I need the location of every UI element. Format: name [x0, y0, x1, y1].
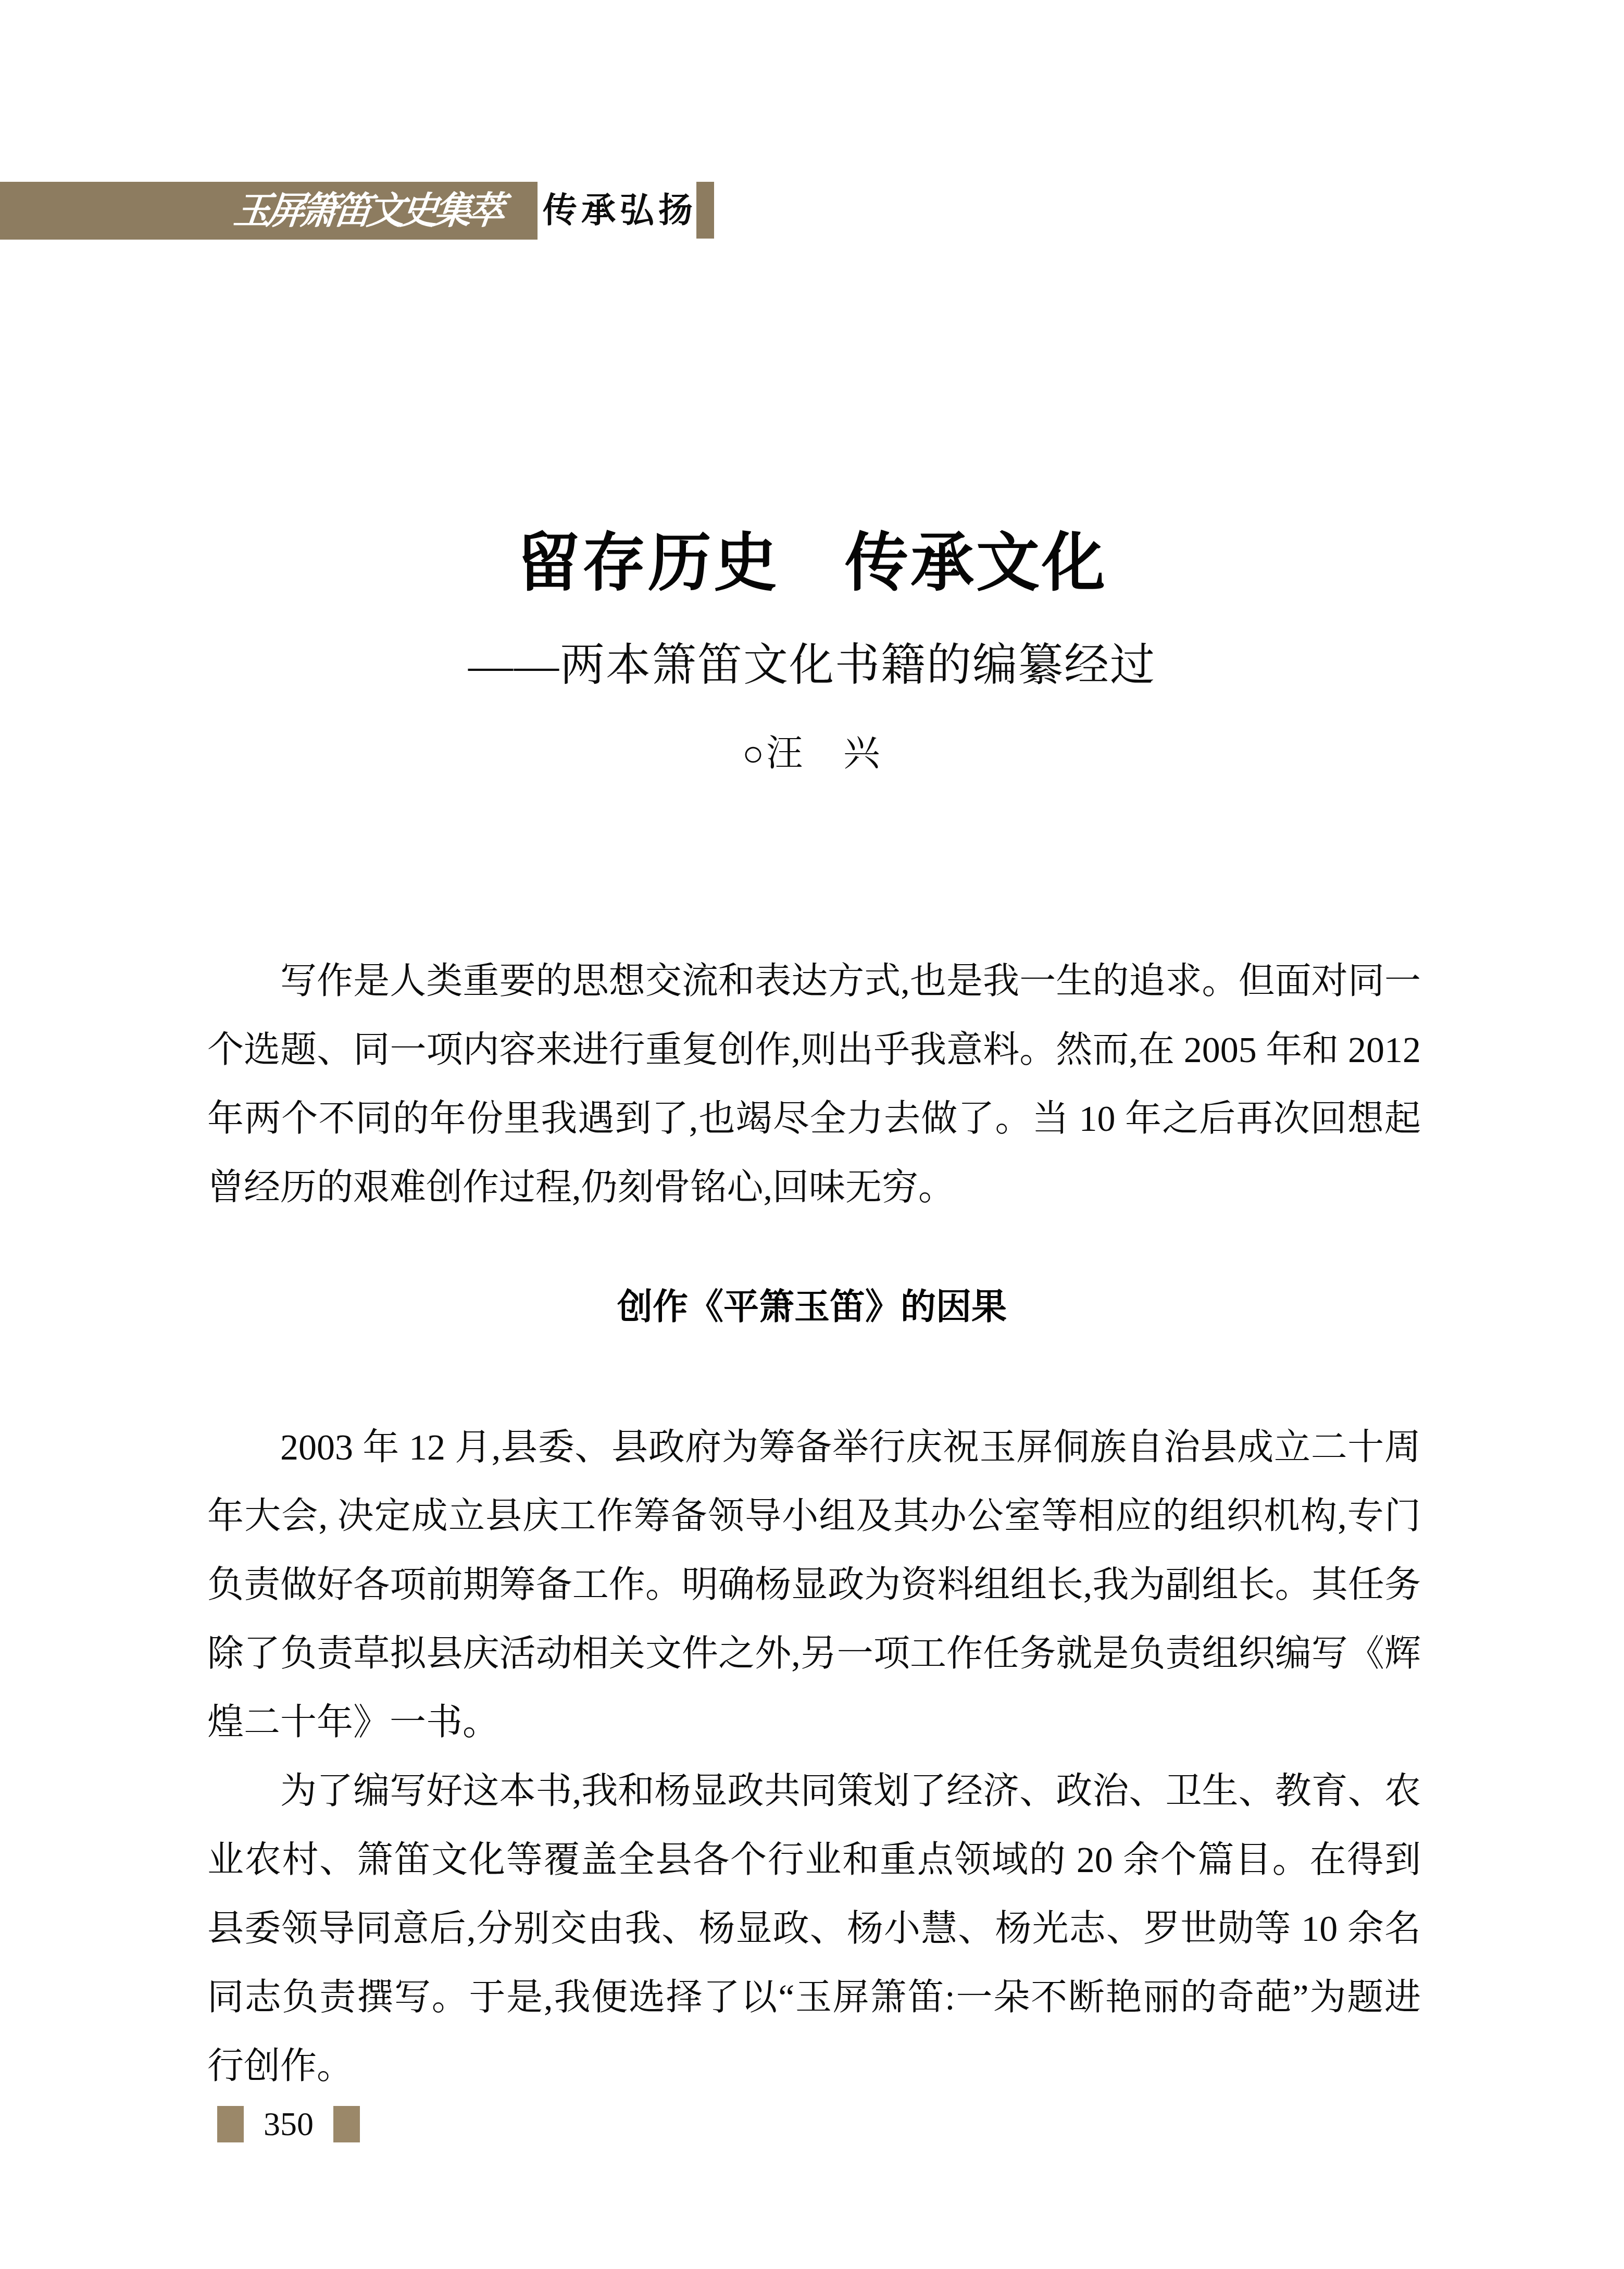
paragraph-intro: 写作是人类重要的思想交流和表达方式,也是我一生的追求。但面对同一个选题、同一项内…: [207, 948, 1421, 1223]
paragraph-background: 2003 年 12 月,县委、县政府为筹备举行庆祝玉屏侗族自治县成立二十周年大会…: [207, 1414, 1421, 1757]
footer-right-square: [333, 2106, 360, 2142]
article-subtitle: ——两本箫笛文化书籍的编纂经过: [0, 637, 1624, 694]
paragraph-planning: 为了编写好这本书,我和杨显政共同策划了经济、政治、卫生、教育、农业农村、箫笛文化…: [207, 1757, 1421, 2101]
footer-left-square: [217, 2106, 244, 2142]
header-calligraphy-title: 玉屏箫笛文史集萃: [231, 186, 518, 236]
book-page: 玉屏箫笛文史集萃 传承弘扬 留存历史 传承文化 ——两本箫笛文化书籍的编纂经过 …: [0, 0, 1624, 2269]
header-band: 玉屏箫笛文史集萃: [0, 182, 538, 240]
article-author: ○汪 兴: [0, 730, 1624, 778]
header-accent-block: [696, 182, 714, 239]
section-heading: 创作《平箫玉笛》的因果: [0, 1281, 1624, 1333]
article-title: 留存历史 传承文化: [0, 527, 1624, 600]
header-section-label: 传承弘扬: [543, 188, 697, 234]
page-number: 350: [244, 2102, 333, 2146]
